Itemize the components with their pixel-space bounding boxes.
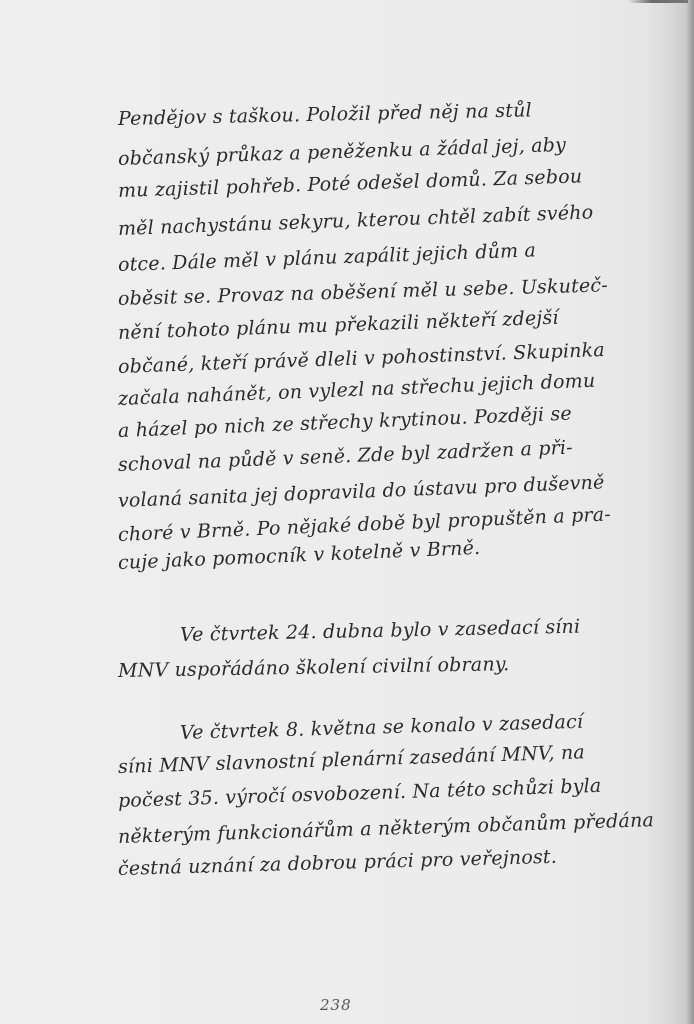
handwritten-line: oběsit se. Provaz na oběšení měl u sebe.… — [118, 274, 608, 310]
page-number: 238 — [320, 996, 352, 1014]
handwritten-line: měl nachystánu sekyru, kterou chtěl zabí… — [118, 201, 594, 240]
handwritten-line: některým funkcionářům a některým občanům… — [118, 809, 655, 848]
handwritten-line: otce. Dále měl v plánu zapálit jejich dů… — [118, 239, 537, 276]
handwritten-line: počest 35. výročí osvobození. Na této sc… — [118, 775, 602, 812]
handwritten-line: nění tohoto plánu mu překazili někteří z… — [118, 307, 559, 344]
handwritten-line: čestná uznání za dobrou práci pro veřejn… — [118, 846, 558, 880]
handwritten-line: Ve čtvrtek 8. května se konalo v zasedac… — [180, 711, 584, 744]
handwritten-line: Ve čtvrtek 24. dubna bylo v zasedací sín… — [180, 616, 581, 646]
handwritten-line: MNV uspořádáno školení civilní obrany. — [118, 653, 510, 682]
handwritten-line: schoval na půdě v seně. Zde byl zadržen … — [118, 437, 574, 476]
handwritten-line: a házel po nich ze střechy krytinou. Poz… — [118, 403, 573, 442]
handwritten-line: síni MNV slavnostní plenární zasedání MN… — [118, 741, 586, 778]
document-page: Pendějov s taškou. Položil před něj na s… — [0, 0, 694, 1024]
handwritten-line: mu zajistil pohřeb. Poté odešel domů. Za… — [118, 165, 583, 202]
handwritten-line: občanský průkaz a peněženku a žádal jej,… — [118, 134, 567, 170]
page-top-edge-shadow — [628, 0, 688, 3]
handwritten-line: choré v Brně. Po nějaké době byl propušt… — [118, 503, 612, 546]
handwritten-line: Pendějov s taškou. Položil před něj na s… — [118, 99, 532, 130]
page-right-edge-shadow — [686, 0, 694, 1024]
